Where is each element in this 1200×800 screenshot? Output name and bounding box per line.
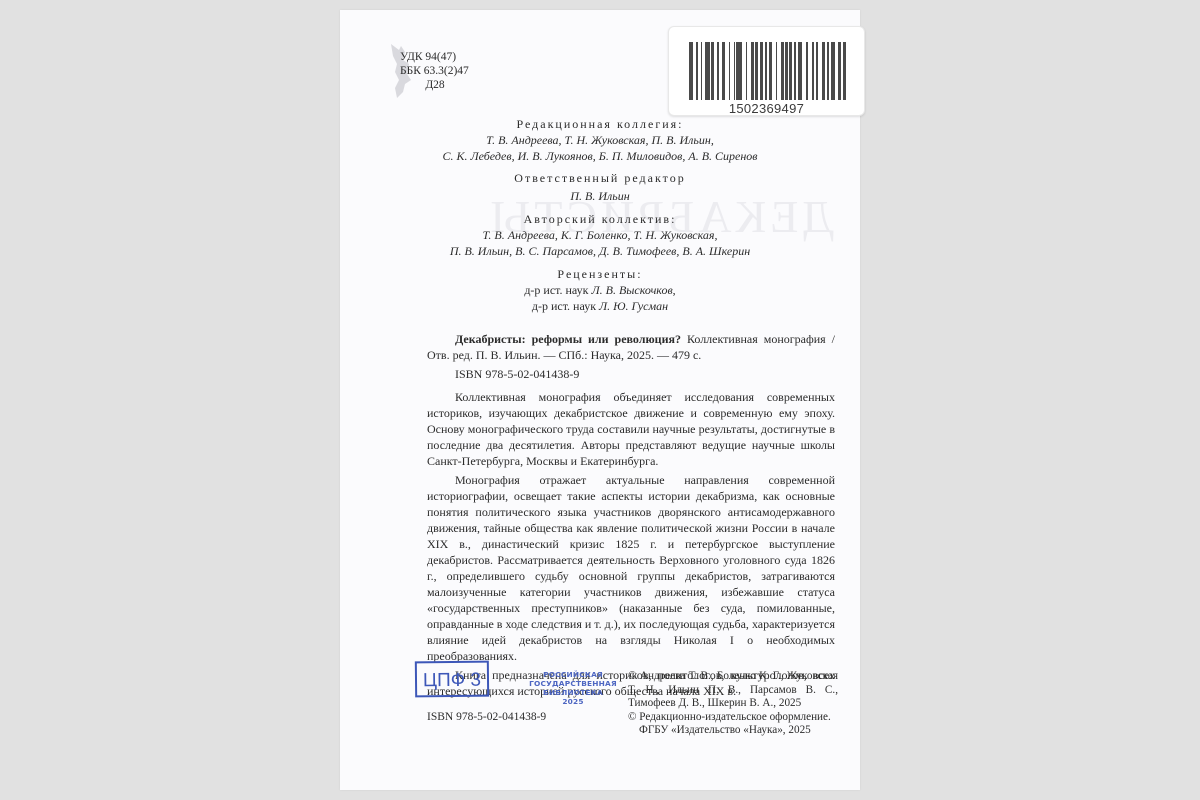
reviewers-heading: Рецензенты: (340, 266, 860, 282)
abstract-paragraph: Монография отражает актуальные направлен… (427, 472, 835, 664)
abstract: Коллективная монография объединяет иссле… (427, 389, 835, 702)
bibliographic-description: Декабристы: реформы или революция? Колле… (427, 331, 835, 363)
editorial-board: Редакционная коллегия: Т. В. Андреева, Т… (340, 116, 860, 164)
reviewer-item: д-р ист. наук Л. В. Выскочков, (340, 282, 860, 298)
abstract-paragraph: Коллективная монография объединяет иссле… (427, 389, 835, 469)
bibliographic-record: Декабристы: реформы или революция? Колле… (427, 331, 835, 382)
copyright-block: © Андреева Т. В., Боленко К. Г., Жуковск… (628, 670, 838, 738)
copyright-design: © Редакционно-издательское оформление. (628, 711, 838, 725)
editorial-board-heading: Редакционная коллегия: (340, 116, 860, 132)
authors-heading: Авторский коллектив: (340, 211, 860, 227)
cpf-stamp: ЦПФ 3 (415, 661, 489, 698)
copyright-publisher: ФГБУ «Издательство «Наука», 2025 (628, 724, 838, 738)
barcode-number: 1502369497 (669, 101, 864, 116)
classification-codes: УДК 94(47) ББК 63.3(2)47 Д28 (394, 50, 476, 92)
footer-isbn: ISBN 978-5-02-041438-9 (427, 711, 546, 723)
library-stamp: РОССИЙСКАЯ ГОСУДАРСТВЕННАЯ БИБЛИОТЕКА 20… (518, 670, 628, 706)
editorial-board-line: С. К. Лебедев, И. В. Лукоянов, Б. П. Мил… (340, 148, 860, 164)
bbk-code: ББК 63.3(2)47 (394, 64, 476, 78)
authors: Авторский коллектив: Т. В. Андреева, К. … (340, 211, 860, 259)
copyright-authors: © Андреева Т. В., Боленко К. Г., Жуковск… (628, 670, 838, 711)
reviewer-item: д-р ист. наук Л. Ю. Гусман (340, 298, 860, 314)
responsible-editor-heading: Ответственный редактор (340, 170, 860, 186)
reviewers: Рецензенты: д-р ист. наук Л. В. Выскочко… (340, 266, 860, 314)
barcode-icon (689, 42, 849, 100)
responsible-editor-name: П. В. Ильин (340, 188, 860, 204)
author-mark: Д28 (394, 78, 476, 92)
barcode-sticker: 1502369497 (668, 26, 865, 116)
authors-line: П. В. Ильин, В. С. Парсамов, Д. В. Тимоф… (340, 243, 860, 259)
authors-line: Т. В. Андреева, К. Г. Боленко, Т. Н. Жук… (340, 227, 860, 243)
book-title: Декабристы: реформы или революция? (455, 332, 681, 346)
isbn: ISBN 978-5-02-041438-9 (427, 366, 835, 382)
editorial-board-line: Т. В. Андреева, Т. Н. Жуковская, П. В. И… (340, 132, 860, 148)
book-page: ДЕКАБРИСТЫ УДК 94(47) ББК 63.3(2)47 Д28 … (340, 10, 860, 790)
responsible-editor: Ответственный редактор П. В. Ильин (340, 170, 860, 204)
udk-code: УДК 94(47) (394, 50, 476, 64)
